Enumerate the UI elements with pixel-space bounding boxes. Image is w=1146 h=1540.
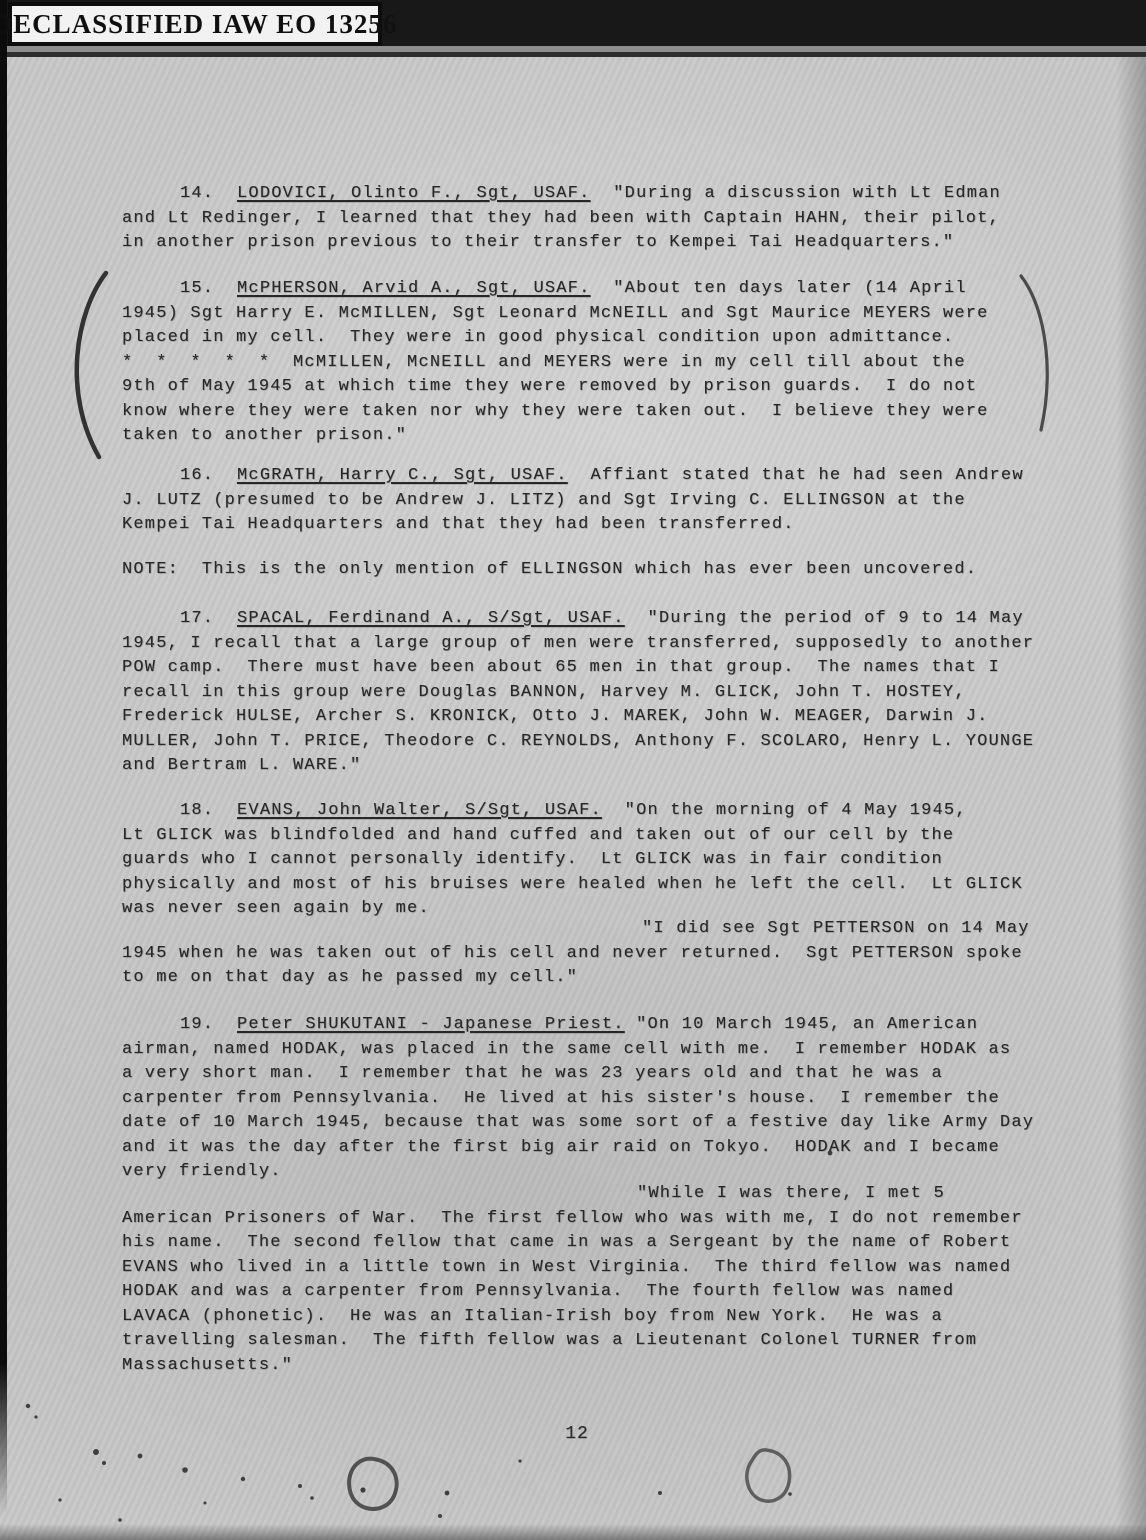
item-heading: Peter SHUKUTANI - Japanese Priest. — [237, 1015, 625, 1034]
item-number: 16. — [180, 466, 237, 485]
item-body: J. LUTZ (presumed to be Andrew J. LITZ) … — [122, 489, 1082, 538]
item-heading: McPHERSON, Arvid A., Sgt, USAF. — [237, 279, 590, 298]
affidavit-item-15: 15. McPHERSON, Arvid A., Sgt, USAF. "Abo… — [122, 277, 1082, 449]
item-heading: EVANS, John Walter, S/Sgt, USAF. — [237, 801, 602, 820]
affidavit-item-19-quote: "While I was there, I met 5American Pris… — [122, 1182, 1082, 1378]
item-body: airman, named HODAK, was placed in the s… — [122, 1038, 1082, 1185]
declassified-stamp: DECLASSIFIED IAW EO 13256 — [8, 2, 382, 46]
top-scan-line — [0, 52, 1146, 57]
affidavit-item-18-quote: "I did see Sgt PETTERSON on 14 May1945 w… — [122, 917, 1082, 991]
note-text: NOTE: This is the only mention of ELLING… — [122, 560, 977, 579]
item-body: and Lt Redinger, I learned that they had… — [122, 207, 1082, 256]
quote-first-line: "I did see Sgt PETTERSON on 14 May — [642, 919, 1030, 938]
item-first-line: "About ten days later (14 April — [590, 279, 966, 298]
page-number: 12 — [122, 1424, 1032, 1444]
quote-body: 1945 when he was taken out of his cell a… — [122, 942, 1082, 991]
margin-bracket-left — [77, 273, 106, 457]
item-number: 17. — [180, 609, 237, 628]
item-number: 18. — [180, 801, 237, 820]
item-body: Lt GLICK was blindfolded and hand cuffed… — [122, 824, 1082, 922]
left-scan-edge — [0, 0, 7, 1515]
item-first-line: Affiant stated that he had seen Andrew — [568, 466, 1024, 485]
item-first-line: "On 10 March 1945, an American — [625, 1015, 978, 1034]
item-heading: McGRATH, Harry C., Sgt, USAF. — [237, 466, 568, 485]
item-first-line: "On the morning of 4 May 1945, — [602, 801, 967, 820]
item-body: 1945) Sgt Harry E. McMILLEN, Sgt Leonard… — [122, 302, 1082, 449]
scanned-document-page: { "colors": { "paper": "#c7c7c7", "ink":… — [0, 0, 1146, 1540]
punch-ring-right — [747, 1450, 790, 1501]
affidavit-item-18: 18. EVANS, John Walter, S/Sgt, USAF. "On… — [122, 799, 1082, 922]
item-heading: SPACAL, Ferdinand A., S/Sgt, USAF. — [237, 609, 625, 628]
affidavit-item-19: 19. Peter SHUKUTANI - Japanese Priest. "… — [122, 1013, 1082, 1185]
item-number: 14. — [180, 184, 237, 203]
item-heading: LODOVICI, Olinto F., Sgt, USAF. — [237, 184, 590, 203]
punch-ring-left — [349, 1459, 397, 1509]
item-number: 15. — [180, 279, 237, 298]
declassified-stamp-text: DECLASSIFIED IAW EO 13256 — [0, 9, 397, 40]
quote-body: American Prisoners of War. The first fel… — [122, 1207, 1082, 1379]
note-line: NOTE: This is the only mention of ELLING… — [122, 558, 1082, 583]
right-scan-shade — [1116, 56, 1146, 1540]
item-number: 19. — [180, 1015, 237, 1034]
item-first-line: "During a discussion with Lt Edman — [590, 184, 1000, 203]
bottom-scan-shade — [0, 1524, 1146, 1540]
quote-first-line: "While I was there, I met 5 — [637, 1184, 945, 1203]
affidavit-item-17: 17. SPACAL, Ferdinand A., S/Sgt, USAF. "… — [122, 607, 1082, 779]
affidavit-item-14: 14. LODOVICI, Olinto F., Sgt, USAF. "Dur… — [122, 182, 1082, 256]
item-first-line: "During the period of 9 to 14 May — [625, 609, 1024, 628]
item-body: 1945, I recall that a large group of men… — [122, 632, 1082, 779]
affidavit-item-16: 16. McGRATH, Harry C., Sgt, USAF. Affian… — [122, 464, 1082, 538]
